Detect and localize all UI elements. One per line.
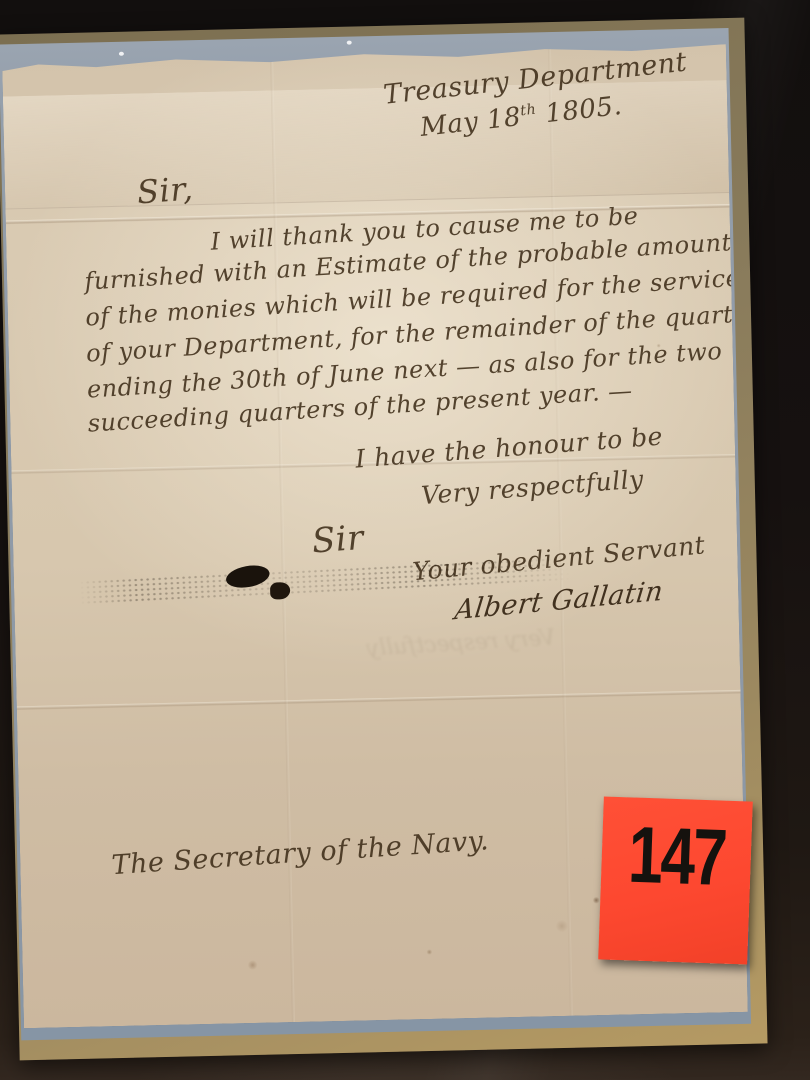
reflective-speck	[347, 41, 352, 45]
inventory-sticky-note: 147	[598, 796, 753, 964]
closing-line-3: Sir	[310, 518, 365, 562]
reflective-speck	[119, 52, 124, 56]
date-ordinal-suffix: th	[519, 102, 537, 120]
photo-of-framed-letter: { "photo": { "background_color": "#17110…	[0, 0, 810, 1080]
salutation: Sir,	[136, 169, 195, 211]
inventory-number: 147	[627, 815, 726, 898]
